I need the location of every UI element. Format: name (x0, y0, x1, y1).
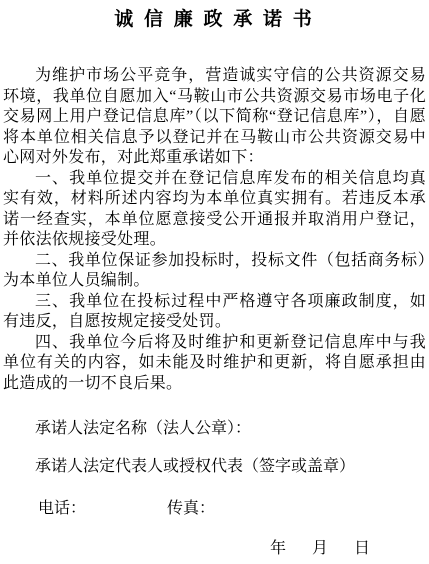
month-label: 月 (312, 540, 328, 557)
clause-3-paragraph: 三、我单位在投标过程中严格遵守各项廉政制度，如有违反，自愿按规定接受处罚。 (3, 292, 426, 333)
clause-1-paragraph: 一、我单位提交并在登记信息库发布的相关信息均真实有效，材料所述内容均为本单位真实… (3, 169, 426, 251)
commitment-letter-page: 诚 信 廉 政 承 诺 书 为维护市场公平竞争，营造诚实守信的公共资源交易环境，… (0, 0, 429, 564)
fax-label: 传真： (167, 500, 215, 517)
document-title: 诚 信 廉 政 承 诺 书 (0, 0, 429, 32)
intro-paragraph: 为维护市场公平竞争，营造诚实守信的公共资源交易环境，我单位自愿加入“马鞍山市公共… (3, 66, 426, 169)
clause-4-paragraph: 四、我单位今后将及时维护和更新登记信息库中与我单位有关的内容，如未能及时维护和更… (3, 333, 426, 395)
legal-name-line: 承诺人法定名称（法人公章）： (3, 419, 426, 439)
year-label: 年 (270, 540, 286, 557)
representative-line: 承诺人法定代表人或授权代表（签字或盖章） (3, 457, 426, 477)
date-line: 年 月 日 (0, 539, 429, 559)
day-label: 日 (354, 540, 370, 557)
contact-line: 电话： 传真： (3, 499, 426, 519)
phone-label: 电话： (38, 499, 163, 519)
clause-2-paragraph: 二、我单位保证参加投标时，投标文件（包括商务标）为本单位人员编制。 (3, 251, 426, 292)
document-body: 为维护市场公平竞争，营造诚实守信的公共资源交易环境，我单位自愿加入“马鞍山市公共… (3, 66, 426, 394)
